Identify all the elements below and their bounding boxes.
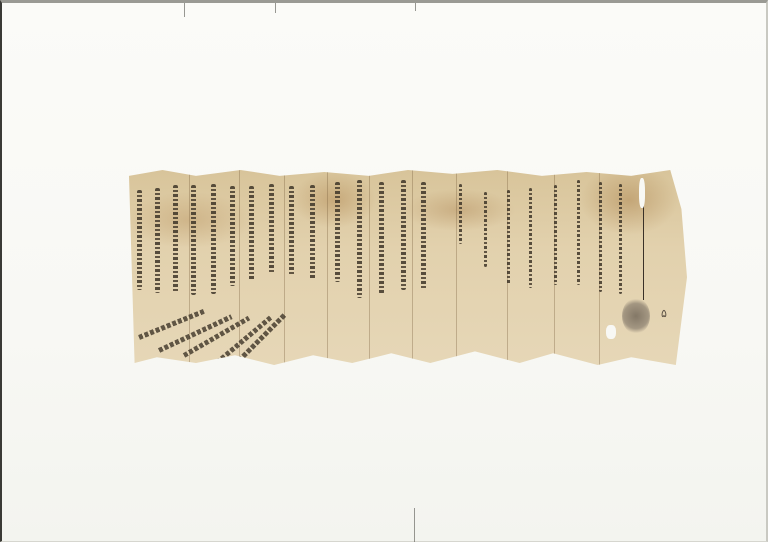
script-line xyxy=(357,180,362,298)
script-line xyxy=(249,186,254,281)
script-line xyxy=(484,192,487,267)
fold-mark xyxy=(184,3,185,17)
script-line xyxy=(619,184,622,294)
script-line xyxy=(269,184,274,274)
paper-crease xyxy=(412,170,413,365)
script-line xyxy=(459,184,462,244)
paper-tear xyxy=(639,178,645,208)
script-line xyxy=(401,180,406,290)
script-line xyxy=(191,185,196,295)
paper-crease xyxy=(239,170,240,365)
fold-mark xyxy=(415,3,416,11)
paper-hole xyxy=(606,325,616,339)
script-line xyxy=(599,182,602,292)
script-line xyxy=(310,185,315,280)
script-line xyxy=(155,188,160,293)
manuscript-page: ۵ xyxy=(129,170,687,365)
marginal-number: ۵ xyxy=(661,307,667,320)
paper-crease xyxy=(284,170,285,365)
script-line xyxy=(230,186,235,286)
script-line xyxy=(529,188,532,288)
paper-crease xyxy=(327,170,328,365)
script-line xyxy=(137,190,142,290)
script-line xyxy=(554,185,557,285)
script-line xyxy=(173,185,178,293)
paper-crease xyxy=(456,170,457,365)
script-line xyxy=(335,182,340,282)
script-line xyxy=(289,186,294,276)
vertical-rule xyxy=(643,205,644,300)
fold-mark xyxy=(414,508,415,542)
script-line xyxy=(577,180,580,285)
seal-stamp xyxy=(622,298,650,334)
script-line xyxy=(211,184,216,294)
script-line xyxy=(379,182,384,294)
script-line xyxy=(421,182,426,290)
script-line xyxy=(507,190,510,285)
paper-crease xyxy=(369,170,370,365)
fold-mark xyxy=(275,3,276,13)
scan-backing-sheet: ۵ xyxy=(0,0,768,542)
